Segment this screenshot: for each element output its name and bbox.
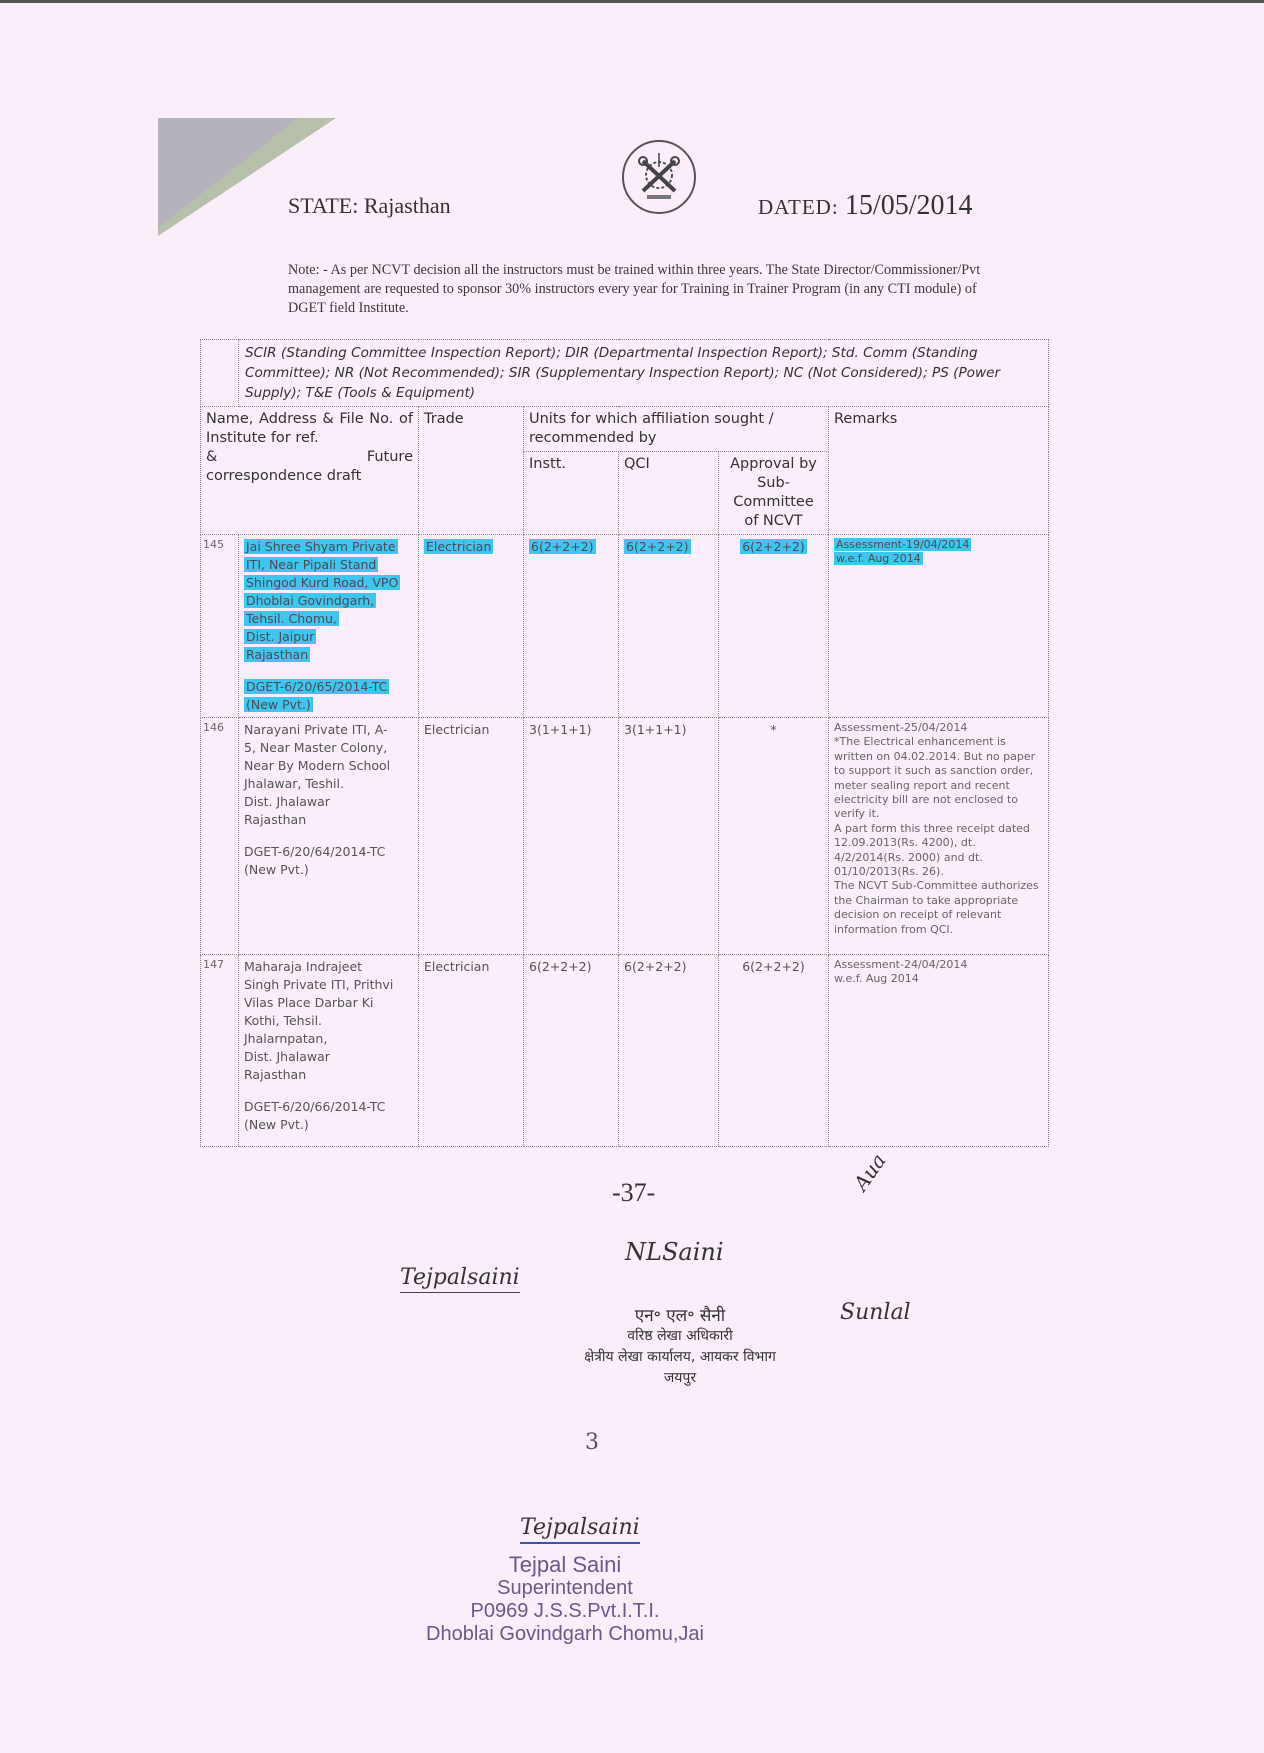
address-line: Jhalawar, Teshil. [244,776,344,791]
scan-edge [0,0,1264,3]
address-line: Maharaja Indrajeet [244,959,362,974]
institute-type: (New Pvt.) [244,697,313,712]
dget-emblem-icon [622,140,696,214]
officer-name: एन॰ एल॰ सैनी [530,1303,830,1326]
remarks: Assessment-25/04/2014*The Electrical enh… [829,718,1049,955]
dated-value: 15/05/2014 [845,190,973,221]
address-line: Rajasthan [244,1067,306,1082]
trade: Electrician [424,539,493,554]
instt-units: 3(1+1+1) [529,722,592,737]
header-units: Units for which affiliation sought / rec… [524,407,829,452]
address-line: Jai Shree Shyam Private [244,539,398,554]
institute-address: Maharaja IndrajeetSingh Private ITI, Pri… [239,955,419,1147]
officer-city: जयपुर [530,1368,830,1389]
header-row: Name, Address & File No. of Institute fo… [201,407,1049,452]
header-qci: QCI [619,452,719,535]
remark-line: Assessment-24/04/2014 [834,958,967,971]
stamp-place: Dhoblai Govindgarh Chomu,Jai [400,1623,730,1646]
institute-stamp: Tejpal Saini Superintendent P0969 J.S.S.… [400,1553,730,1646]
file-number: DGET-6/20/65/2014-TC [244,679,389,694]
address-line: Dist. Jhalawar [244,794,330,809]
remark-line: w.e.f. Aug 2014 [834,552,923,565]
table-row: 147Maharaja IndrajeetSingh Private ITI, … [201,955,1049,1147]
header-approval: Approval by Sub-Committee of NCVT [719,452,829,535]
table-body: 145Jai Shree Shyam PrivateITI, Near Pipa… [201,535,1049,1147]
stamp-signature: Tejpalsaini [520,1515,640,1544]
institute-address: Jai Shree Shyam PrivateITI, Near Pipali … [239,535,419,718]
table-row: 145Jai Shree Shyam PrivateITI, Near Pipa… [201,535,1049,718]
approval-units: 6(2+2+2) [742,959,805,974]
institute-type: (New Pvt.) [244,862,309,877]
address-line: Kothi, Tehsil. [244,1013,322,1028]
serial-number: 147 [201,955,239,1147]
remark-line: *The Electrical enhancement is written o… [834,735,1035,820]
instt-units: 6(2+2+2) [529,539,596,554]
remark-line: A part form this three receipt dated 12.… [834,822,1030,878]
address-line: Jhalarnpatan, [244,1031,327,1046]
signature-3: Sunlal [840,1300,911,1325]
trade: Electrician [424,959,489,974]
address-line: Dist. Jaipur [244,629,316,644]
remark-line: The NCVT Sub-Committee authorizes the Ch… [834,879,1039,935]
ncvt-note: Note: - As per NCVT decision all the ins… [288,261,1013,318]
header-name-address: Name, Address & File No. of Institute fo… [201,407,419,535]
address-line: Rajasthan [244,647,310,662]
officer-block: एन॰ एल॰ सैनी वरिष्ठ लेखा अधिकारी क्षेत्र… [530,1303,830,1389]
signature-2: NLSaini [625,1238,724,1266]
serial-number: 145 [201,535,239,718]
approval-units: 6(2+2+2) [740,539,807,554]
file-number: DGET-6/20/64/2014-TC [244,844,385,859]
initials-mark: Aua [849,1149,891,1195]
qci-units: 3(1+1+1) [624,722,687,737]
address-line: 5, Near Master Colony, [244,740,387,755]
state-label: STATE: Rajasthan [288,193,451,219]
handwritten-mark: 3 [585,1430,599,1455]
table-row: 146Narayani Private ITI, A-5, Near Maste… [201,718,1049,955]
stamp-title: Superintendent [400,1577,730,1600]
address-line: Rajasthan [244,812,306,827]
address-line: Tehsil. Chomu, [244,611,339,626]
abbreviation-legend: SCIR (Standing Committee Inspection Repo… [239,340,1049,407]
folded-corner-shadow [158,118,298,228]
address-line: Singh Private ITI, Prithvi [244,977,393,992]
address-line: ITI, Near Pipali Stand [244,557,378,572]
address-line: Narayani Private ITI, A- [244,722,388,737]
address-line: Dhoblai Govindgarh, [244,593,376,608]
trade: Electrician [424,722,489,737]
address-line: Vilas Place Darbar Ki [244,995,373,1010]
remark-line: Assessment-19/04/2014 [834,538,971,551]
affiliation-table: SCIR (Standing Committee Inspection Repo… [200,339,1049,1147]
address-line: Shingod Kurd Road, VPO [244,575,400,590]
institute-address: Narayani Private ITI, A-5, Near Master C… [239,718,419,955]
signature-1: Tejpalsaini [400,1265,520,1293]
approval-units: * [770,722,776,737]
serial-number: 146 [201,718,239,955]
officer-office: क्षेत्रीय लेखा कार्यालय, आयकर विभाग [530,1347,830,1368]
institute-type: (New Pvt.) [244,1117,309,1132]
dated-label: DATED: 15/05/2014 [758,190,972,222]
file-number: DGET-6/20/66/2014-TC [244,1099,385,1114]
qci-units: 6(2+2+2) [624,959,687,974]
qci-units: 6(2+2+2) [624,539,691,554]
stamp-name: Tejpal Saini [400,1553,730,1577]
header-trade: Trade [419,407,524,535]
remarks: Assessment-19/04/2014w.e.f. Aug 2014 [829,535,1049,718]
header-remarks: Remarks [829,407,1049,535]
officer-title: वरिष्ठ लेखा अधिकारी [530,1326,830,1347]
instt-units: 6(2+2+2) [529,959,592,974]
header-instt: Instt. [524,452,619,535]
remark-line: Assessment-25/04/2014 [834,721,967,734]
dated-prefix: DATED: [758,195,839,219]
stamp-code: P0969 J.S.S.Pvt.I.T.I. [400,1600,730,1623]
legend-row: SCIR (Standing Committee Inspection Repo… [201,340,1049,407]
remark-line: w.e.f. Aug 2014 [834,972,919,985]
address-line: Near By Modern School [244,758,390,773]
address-line: Dist. Jhalawar [244,1049,330,1064]
remarks: Assessment-24/04/2014w.e.f. Aug 2014 [829,955,1049,1147]
page-number: -37- [612,1178,655,1208]
